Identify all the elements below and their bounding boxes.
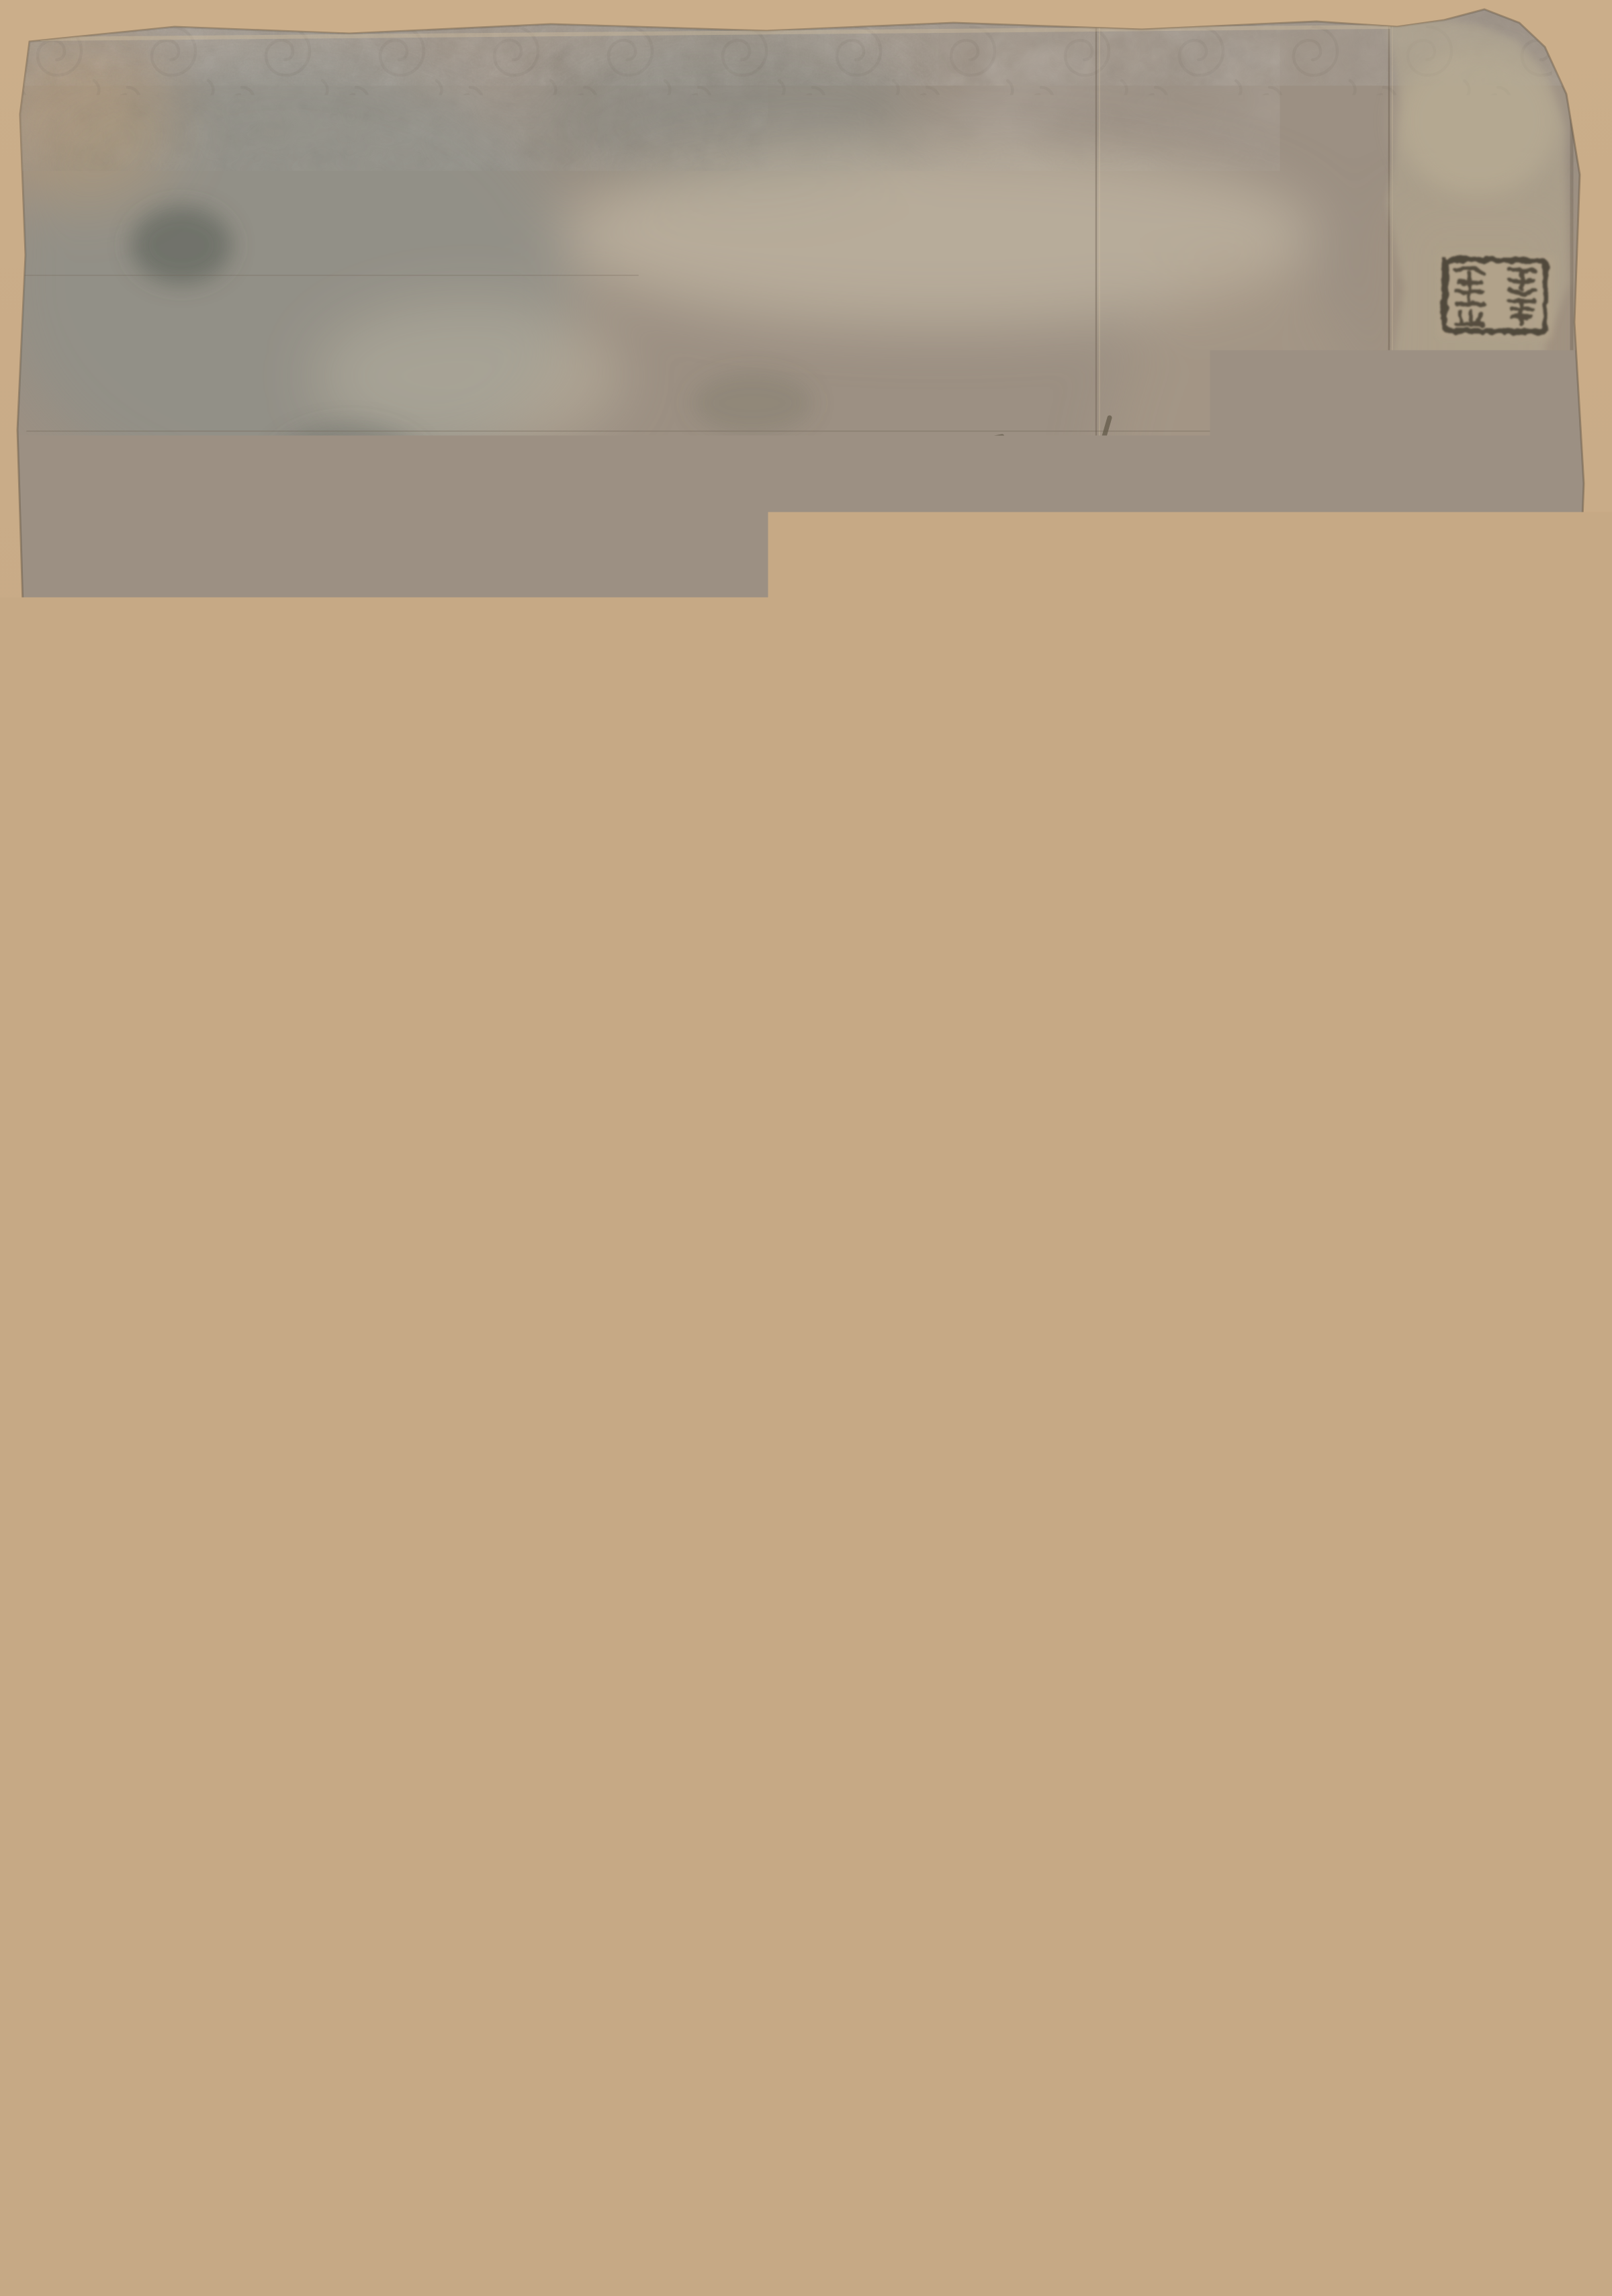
book-cover: Scanned front cover of an aged Chinese g… (0, 0, 1612, 2296)
cover-art: Scanned front cover of an aged Chinese g… (0, 0, 1612, 2296)
scanned-page: 譜 佳772 13/854 ×2 collection seal, seal s… (0, 0, 1612, 2296)
title-label: 譜 (109, 1108, 369, 1418)
collection-seal: collection seal, seal script in two colu… (1439, 254, 1554, 339)
